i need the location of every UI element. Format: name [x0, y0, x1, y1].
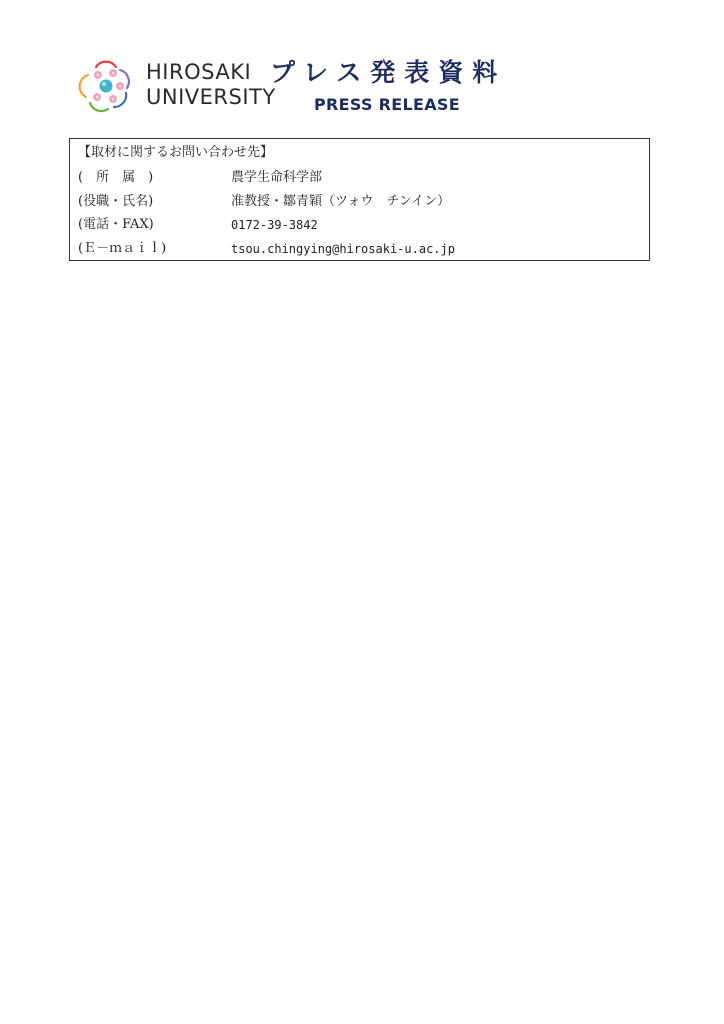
contact-title: 【取材に関するお問い合わせ先】	[78, 144, 273, 162]
email-label: (Ｅ－ｍａｉｌ)	[78, 240, 166, 258]
press-release-title-jp: プレス発表資料	[270, 57, 506, 89]
contact-info-box: 【取材に関するお問い合わせ先】 ( 所 属 ) 農学生命科学部 (役職・氏名) …	[69, 138, 650, 261]
affiliation-label: ( 所 属 )	[78, 169, 153, 187]
university-name-line2: UNIVERSITY	[146, 85, 276, 110]
university-name-line1: HIROSAKI	[146, 60, 276, 85]
press-release-header: HIROSAKI UNIVERSITY プレス発表資料 PRESS RELEAS…	[0, 0, 724, 130]
email-value[interactable]: tsou.chingying@hirosaki-u.ac.jp	[231, 240, 455, 258]
phone-fax-label: (電話・FAX)	[78, 216, 154, 234]
position-name-label: (役職・氏名)	[78, 193, 153, 211]
phone-fax-value: 0172-39-3842	[231, 216, 318, 234]
press-release-title-en: PRESS RELEASE	[314, 95, 460, 114]
position-name-value: 准教授・鄒青穎（ツォウ チンイン）	[231, 193, 450, 211]
hirosaki-university-logo-icon	[78, 57, 134, 113]
university-name: HIROSAKI UNIVERSITY	[146, 60, 276, 110]
affiliation-value: 農学生命科学部	[231, 169, 322, 187]
